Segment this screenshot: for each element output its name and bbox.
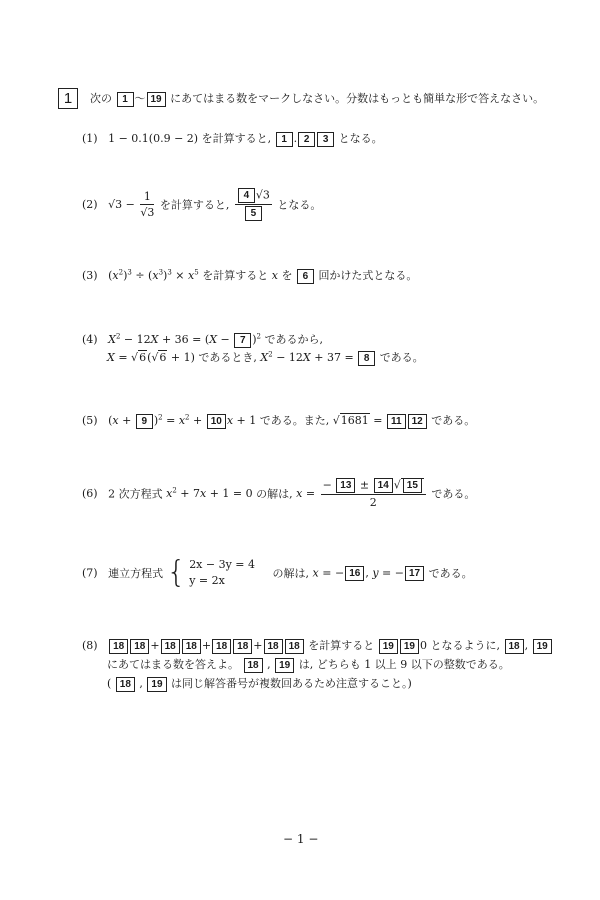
math-expression: x2 + 7x + 1 = 0: [166, 487, 253, 500]
problem-8-line3: ( 18 , 19 は同じ解答番号が複数回あるため注意すること。): [107, 675, 412, 692]
answer-box: 18: [505, 639, 524, 654]
problem-text: であるとき,: [198, 351, 257, 364]
answer-box: 5: [245, 206, 262, 221]
problem-label: (5): [82, 414, 98, 427]
problem-text: を計算すると,: [202, 132, 272, 145]
problem-text: は同じ解答番号が複数回あるため注意すること。): [171, 677, 412, 690]
instruction-suffix: にあてはまる数をマークしなさい。分数はもっとも簡単な形で答えなさい。: [170, 92, 544, 105]
answer-box: 19: [533, 639, 552, 654]
answer-box: 17: [405, 566, 424, 581]
problem-label: (8): [82, 639, 98, 652]
problem-7: (7) 連立方程式 { 2x − 3y = 4y = 2x の解は, x = −…: [82, 557, 473, 589]
problem-text: であるから,: [265, 333, 324, 346]
answer-box: 18: [264, 639, 283, 654]
answer-box: 18: [182, 639, 201, 654]
problem-2: (2) √3 − 1√3 を計算すると, 4√35 となる。: [82, 188, 321, 221]
answer-box: 18: [130, 639, 149, 654]
answer-box: 15: [403, 478, 422, 493]
answer-box: 11: [387, 414, 406, 429]
problem-text: 連立方程式: [108, 567, 163, 580]
problem-label: (1): [82, 132, 98, 145]
range-sep: ～: [135, 92, 146, 105]
problem-text: の解は,: [256, 488, 293, 501]
problem-text: 回かけた式となる。: [318, 269, 417, 282]
math-expression: X2 − 12X + 37 =: [260, 351, 353, 364]
problem-label: (7): [82, 567, 98, 580]
problem-text: となる。: [277, 199, 321, 212]
problem-label: (2): [82, 198, 98, 211]
decimal-point: .: [294, 132, 298, 145]
math-expression: (x2)3 ÷ (x3)3 × x5: [108, 269, 199, 282]
fraction-denominator: 2: [321, 495, 426, 509]
problem-text: となる。: [339, 132, 383, 145]
answer-box: 18: [109, 639, 128, 654]
problem-8: (8) 1818+1818+1818+1818 を計算すると 19190 となる…: [82, 637, 553, 654]
math-expression: )2 = x2 +: [154, 414, 206, 427]
problem-text: である。また,: [260, 414, 330, 427]
instruction-prefix: 次の: [90, 92, 112, 105]
problem-4-line2: X = √6(√6 + 1) であるとき, X2 − 12X + 37 = 8 …: [107, 349, 424, 366]
answer-box: 9: [136, 414, 153, 429]
math-expression: (x +: [108, 414, 135, 427]
problem-4: (4) X2 − 12X + 36 = (X − 7)2 であるから,: [82, 331, 323, 348]
page-number: − 1 −: [283, 832, 318, 846]
answer-box: 16: [345, 566, 364, 581]
answer-box: 19: [400, 639, 419, 654]
answer-box: 4: [238, 188, 255, 203]
problem-text: にあてはまる数を答えよ。: [107, 658, 239, 671]
problem-text: である。: [429, 567, 473, 580]
answer-box: 6: [297, 269, 314, 284]
sqrt-term: √3: [256, 189, 270, 202]
problem-text: である。: [380, 351, 424, 364]
equation: y = 2x: [189, 573, 255, 589]
answer-box: 18: [285, 639, 304, 654]
math-expression: X = √6(√6 + 1): [107, 350, 195, 364]
equation: 2x − 3y = 4: [189, 557, 255, 573]
answer-box: 8: [358, 351, 375, 366]
answer-box: 13: [336, 478, 355, 493]
problem-text: 2 次方程式: [108, 488, 163, 501]
math-expression: x = −: [313, 567, 345, 580]
problem-5: (5) (x + 9)2 = x2 + 10x + 1 である。また, √168…: [82, 412, 475, 429]
question-number-box: 1: [58, 88, 78, 109]
math-expression: 1 − 0.1(0.9 − 2): [108, 132, 198, 145]
problem-text: である。: [431, 414, 475, 427]
problem-3: (3) (x2)3 ÷ (x3)3 × x5 を計算すると x を 6 回かけた…: [82, 267, 417, 284]
problem-label: (4): [82, 333, 98, 346]
brace: {: [167, 555, 186, 590]
problem-text: を計算すると,: [160, 199, 230, 212]
answer-box: 1: [117, 92, 134, 107]
fraction-numerator: 1: [140, 190, 154, 205]
answer-box: 2: [298, 132, 315, 147]
problem-text: を: [281, 269, 292, 282]
equation-system: 2x − 3y = 4y = 2x: [189, 557, 255, 589]
answer-box: 1: [276, 132, 293, 147]
problem-1: (1) 1 − 0.1(0.9 − 2) を計算すると, 1.23 となる。: [82, 130, 383, 147]
problem-text: 0 となるように,: [420, 639, 500, 652]
answer-box: 19: [147, 92, 166, 107]
answer-box: 18: [116, 677, 135, 692]
answer-box: 14: [374, 478, 393, 493]
answer-fraction: − 13 ± 14√152: [321, 478, 426, 509]
math-expression: √3 −: [108, 198, 135, 211]
answer-box: 18: [212, 639, 231, 654]
fraction-denominator: √3: [140, 205, 154, 219]
answer-box: 10: [207, 414, 226, 429]
math-expression: x + 1: [227, 414, 256, 427]
instruction-line: 次の 1～19 にあてはまる数をマークしなさい。分数はもっとも簡単な形で答えなさ…: [90, 90, 544, 107]
problem-8-line2: にあてはまる数を答えよ。 18 , 19 は, どちらも 1 以上 9 以下の整…: [107, 656, 510, 673]
answer-box: 19: [275, 658, 294, 673]
problem-text: は, どちらも 1 以上 9 以下の整数である。: [299, 658, 510, 671]
answer-box: 7: [234, 333, 251, 348]
problem-label: (3): [82, 269, 98, 282]
answer-box: 19: [147, 677, 166, 692]
problem-text: を計算すると: [308, 639, 374, 652]
comma: ,: [267, 658, 271, 671]
answer-box: 18: [233, 639, 252, 654]
answer-box: 18: [161, 639, 180, 654]
answer-box: 18: [244, 658, 263, 673]
math-expression: x =: [296, 487, 315, 500]
answer-fraction: 4√35: [235, 188, 272, 221]
problem-label: (6): [82, 487, 98, 500]
variable: x: [272, 269, 278, 282]
math-expression: X2 − 12X + 36 = (X −: [108, 333, 233, 346]
comma: ,: [525, 639, 529, 652]
answer-box: 3: [317, 132, 334, 147]
answer-box: 19: [379, 639, 398, 654]
paren: (: [107, 677, 111, 690]
problem-text: の解は,: [273, 567, 310, 580]
math-expression: )2: [252, 333, 261, 346]
math-expression: √1681 =: [333, 413, 383, 427]
comma: ,: [139, 677, 143, 690]
problem-text: を計算すると: [202, 269, 268, 282]
fraction: 1√3: [140, 190, 154, 219]
problem-6: (6) 2 次方程式 x2 + 7x + 1 = 0 の解は, x = − 13…: [82, 478, 475, 509]
problem-text: である。: [431, 488, 475, 501]
answer-box: 12: [408, 414, 427, 429]
